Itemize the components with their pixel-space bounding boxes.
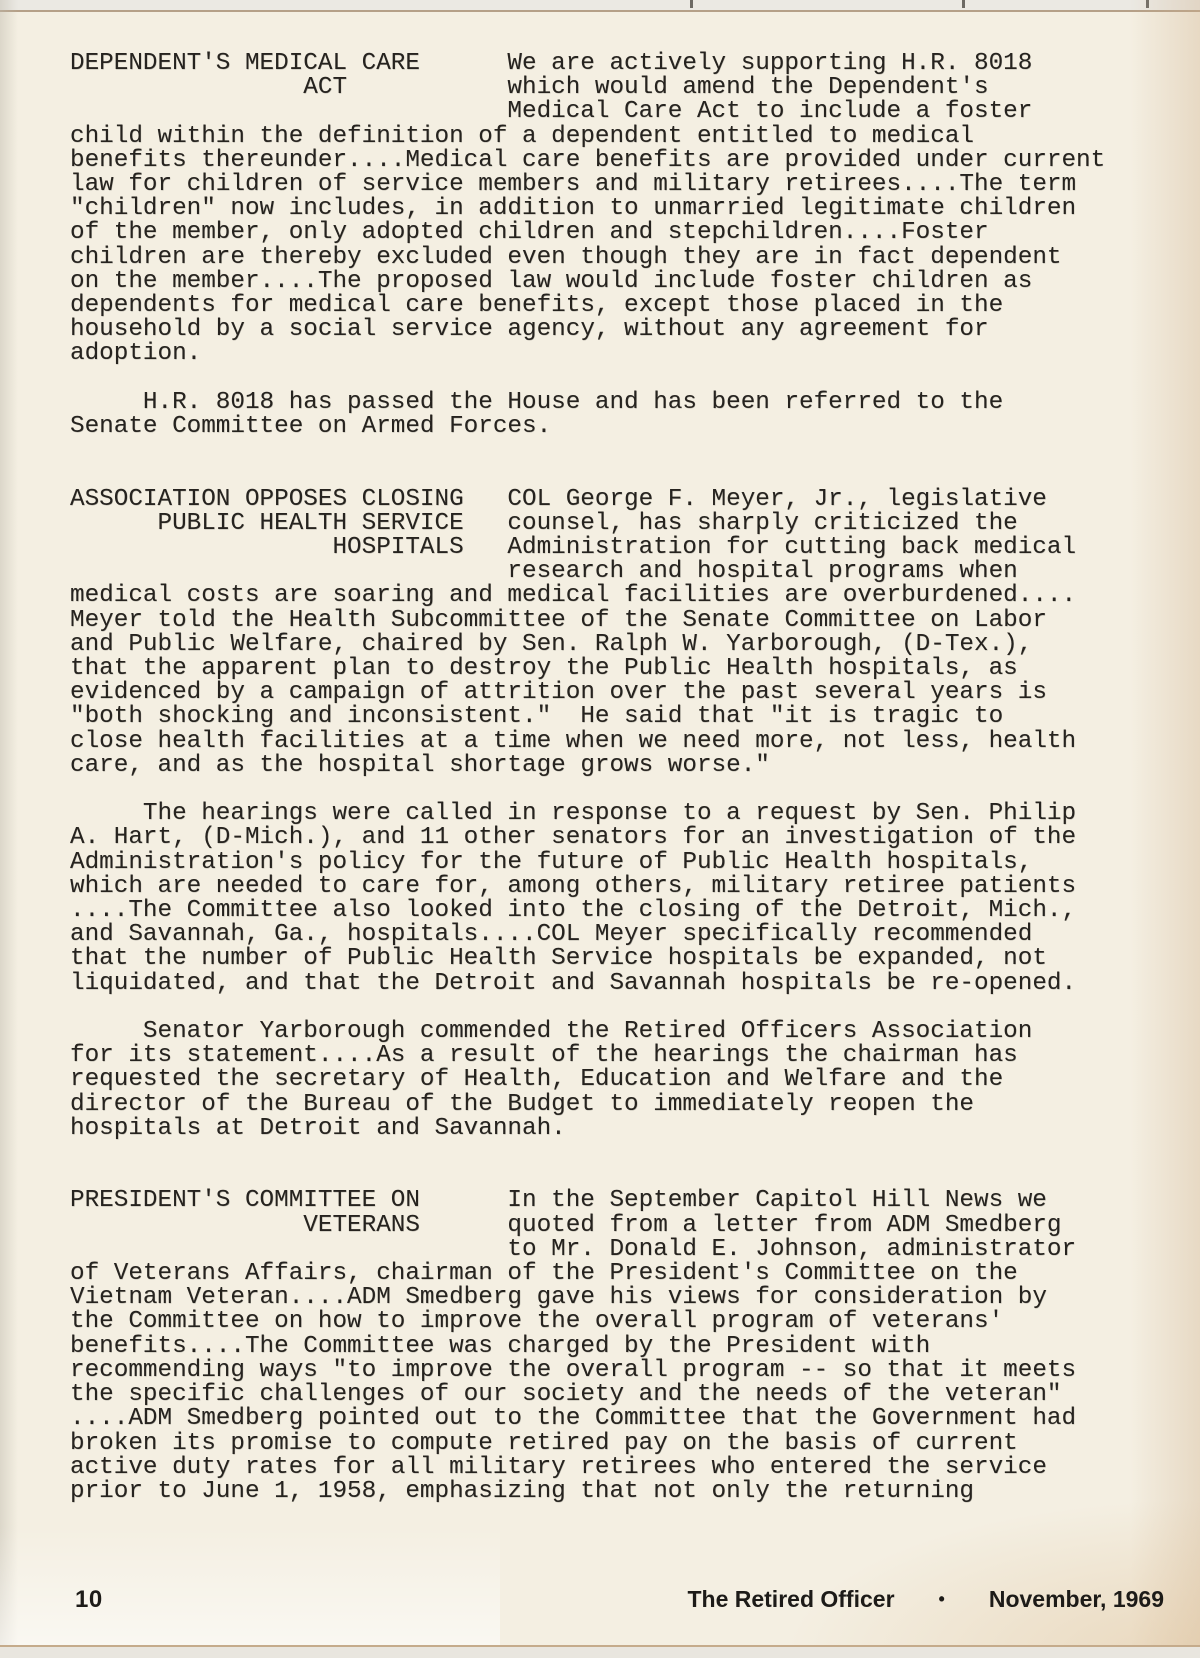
section-body-text: medical costs are soaring and medical fa… (70, 584, 1132, 778)
section-heading: ASSOCIATION OPPOSES CLOSING PUBLIC HEALT… (70, 488, 507, 561)
section-body-text: child within the definition of a depende… (70, 125, 1132, 367)
section-heading: DEPENDENT'S MEDICAL CARE ACT (70, 52, 507, 100)
page-footer: 10 The Retired Officer • November, 1969 (75, 1586, 1164, 1614)
section-association-opposes-closing: ASSOCIATION OPPOSES CLOSING PUBLIC HEALT… (70, 488, 1132, 1141)
paragraph: The hearings were called in response to … (70, 802, 1132, 996)
scan-edge-bottom (0, 1645, 1200, 1658)
issue-date: November, 1969 (989, 1586, 1164, 1613)
footer-bullet: • (939, 1589, 945, 1610)
section-presidents-committee-on-veterans: PRESIDENT'S COMMITTEE ON VETERANS In the… (70, 1189, 1132, 1504)
footer-publication-info: The Retired Officer • November, 1969 (687, 1586, 1164, 1613)
section-body-text: of Veterans Affairs, chairman of the Pre… (70, 1262, 1132, 1504)
paper-right-shading (1130, 0, 1200, 1658)
page-number: 10 (75, 1586, 103, 1614)
section-intro-text: In the September Capitol Hill News we qu… (507, 1189, 1132, 1262)
typewritten-page: DEPENDENT'S MEDICAL CARE ACT We are acti… (70, 52, 1132, 1504)
magazine-title: The Retired Officer (687, 1586, 894, 1613)
scan-artifact-tick (690, 0, 693, 8)
section-heading: PRESIDENT'S COMMITTEE ON VETERANS (70, 1189, 507, 1237)
scan-artifact-tick (962, 0, 965, 8)
paper-left-shading (0, 0, 18, 1658)
paragraph: H.R. 8018 has passed the House and has b… (70, 391, 1132, 439)
section-intro-text: COL George F. Meyer, Jr., legislative co… (507, 488, 1132, 585)
section-dependents-medical-care-act: DEPENDENT'S MEDICAL CARE ACT We are acti… (70, 52, 1132, 439)
paragraph: Senator Yarborough commended the Retired… (70, 1020, 1132, 1141)
scan-artifact-tick (1146, 0, 1149, 8)
section-intro-text: We are actively supporting H.R. 8018 whi… (507, 52, 1132, 125)
scan-edge-top (0, 0, 1200, 12)
paper-corner-shading (780, 1498, 1200, 1658)
